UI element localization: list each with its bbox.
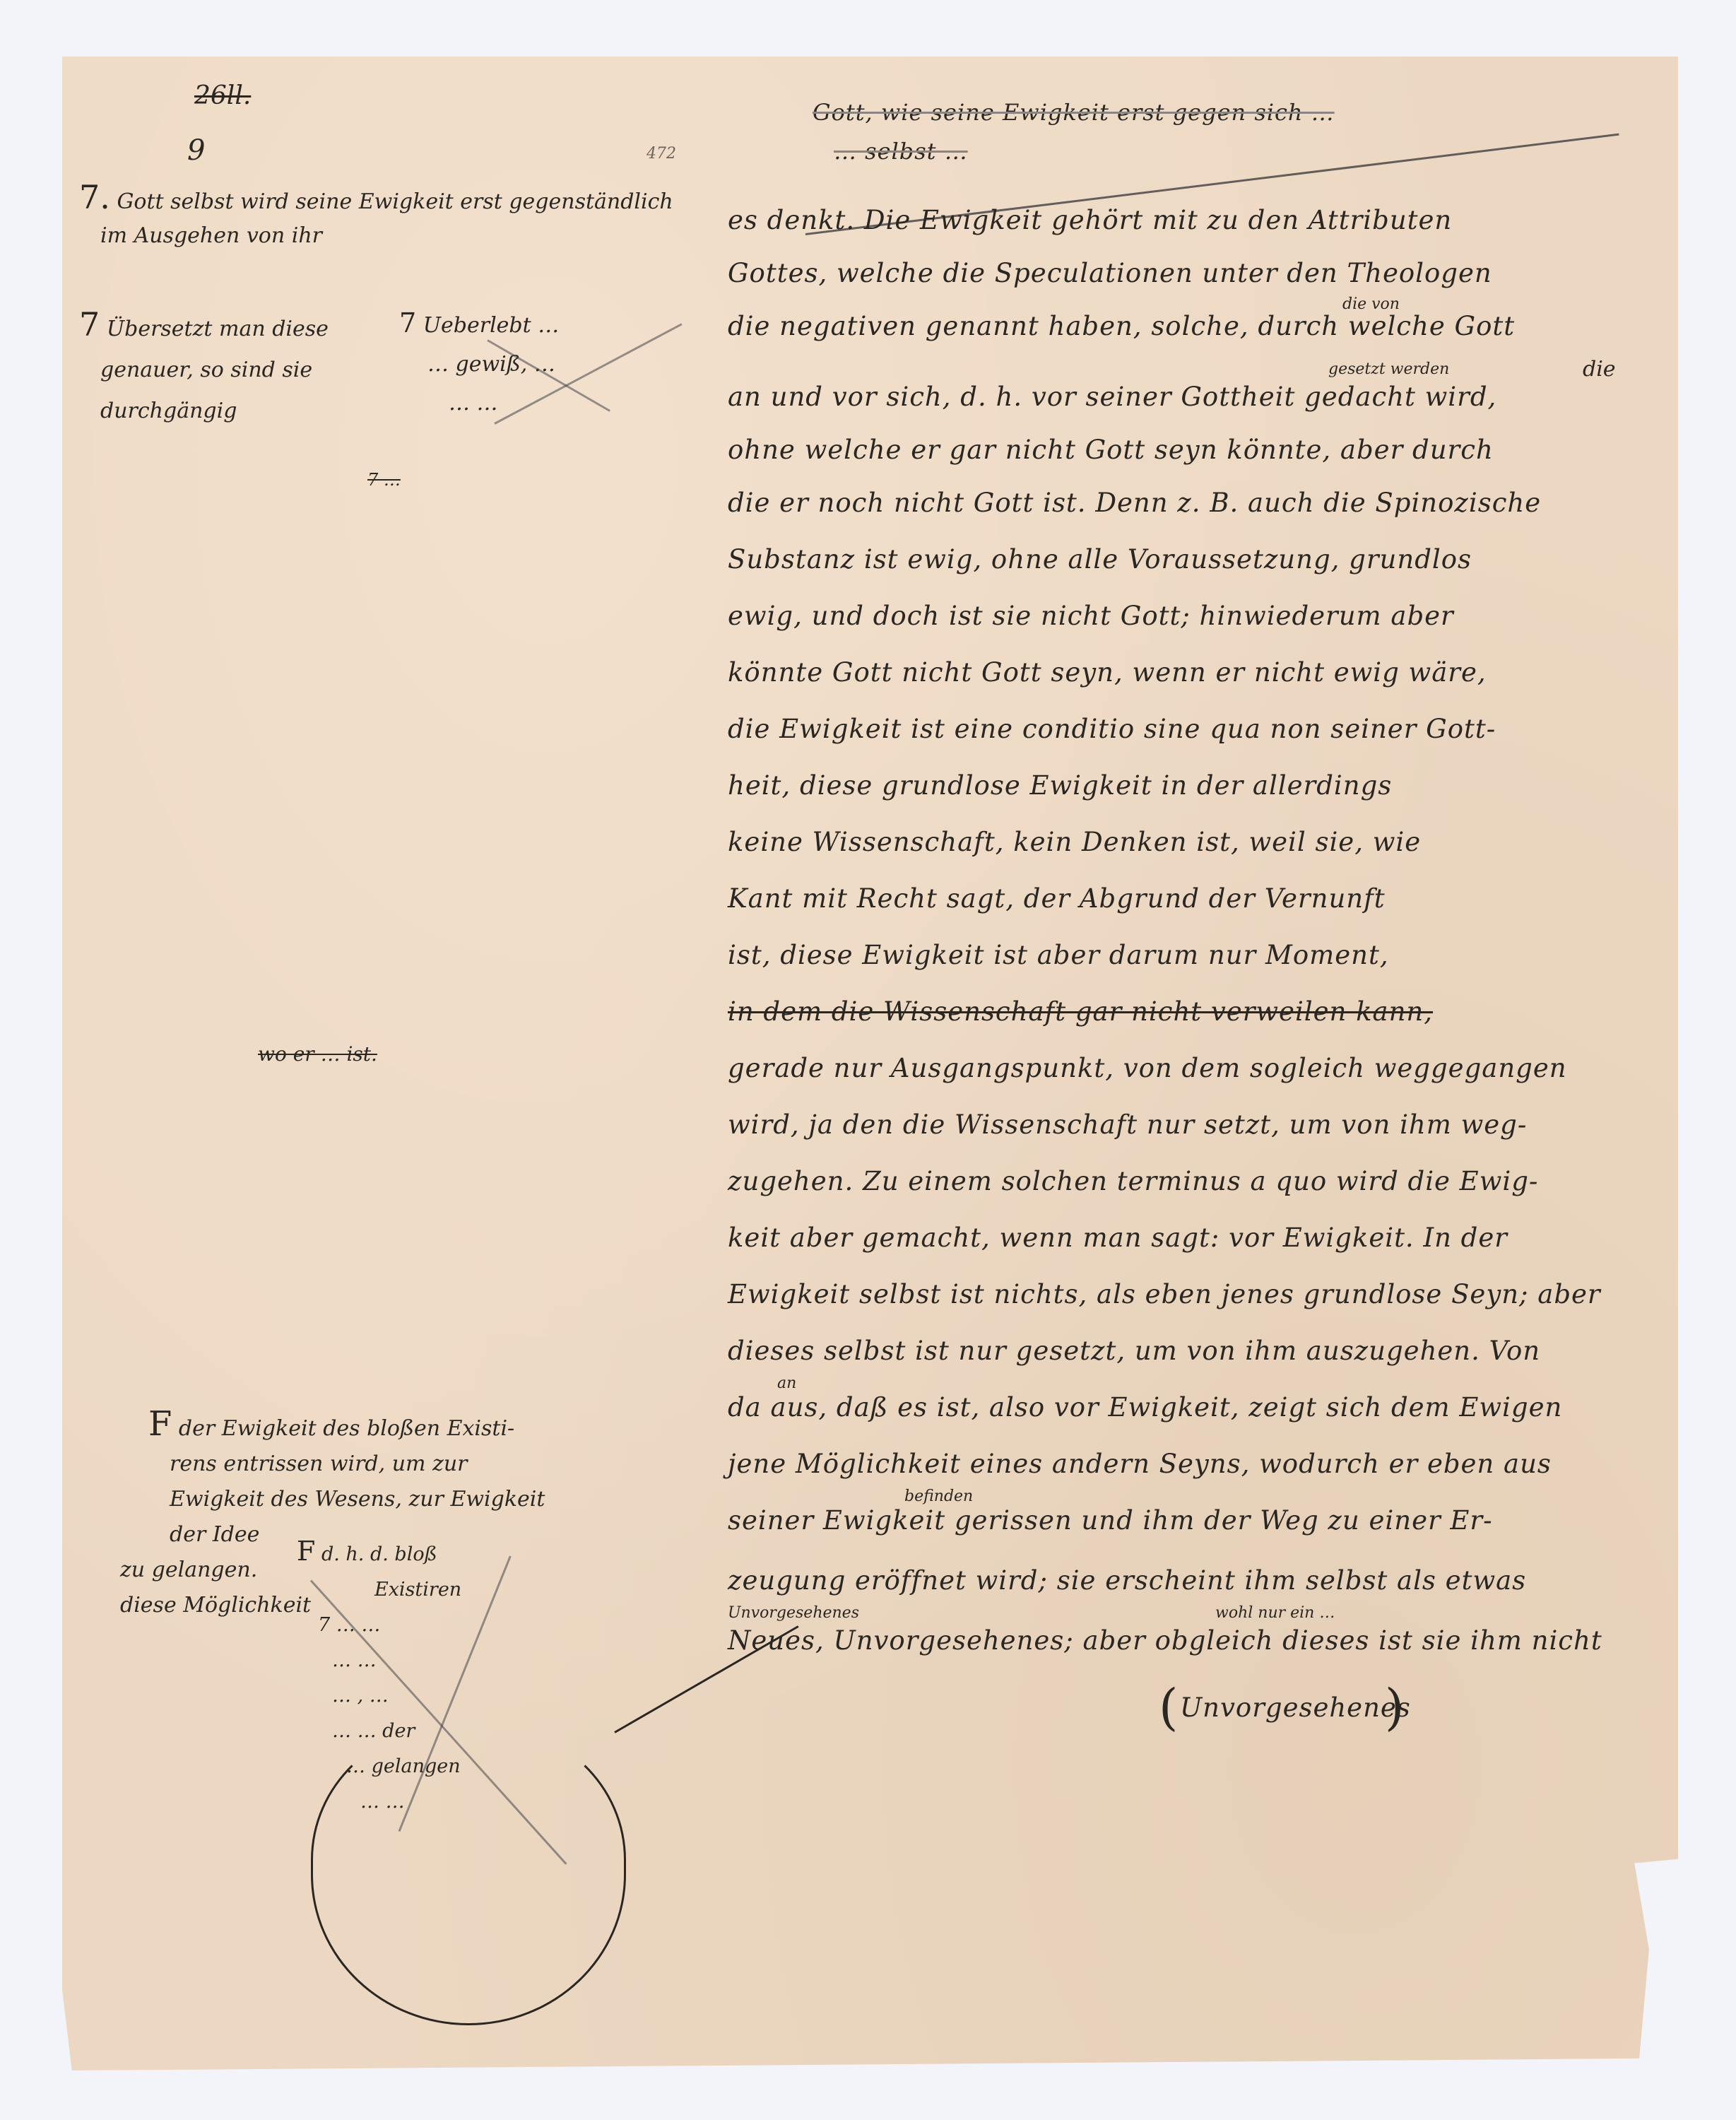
- note-line: zu gelangen.: [120, 1557, 257, 1582]
- note-line: der Ewigkeit des bloßen Existi-: [179, 1416, 514, 1441]
- note-line: durchgängig: [79, 399, 237, 423]
- note-line: diese Möglichkeit: [120, 1593, 311, 1618]
- ink-enclosure-loop: [311, 1724, 626, 2025]
- text-line: die negativen genannt haben, solche, dur…: [728, 311, 1515, 341]
- margin-note-3-struck: 7 Ueberlebt … … gewiß, … … …: [399, 304, 559, 423]
- folio-number: 9: [187, 134, 205, 167]
- note-mark: 7: [399, 307, 416, 338]
- note-mark: 7.: [79, 178, 110, 216]
- bracketed-insert: Unvorgesehenes: [1180, 1692, 1411, 1723]
- bracket-right: ): [1385, 1678, 1404, 1736]
- text-line: ewig, und doch ist sie nicht Gott; hinwi…: [728, 601, 1454, 631]
- text-line: dieses selbst ist nur gesetzt, um von ih…: [728, 1336, 1540, 1366]
- main-heading-struck: Gott, wie seine Ewigkeit erst gegen sich…: [813, 99, 1335, 126]
- note-line: 7 … …: [297, 1614, 380, 1636]
- note-line: d. h. d. bloß: [321, 1543, 437, 1565]
- text-line: gerade nur Ausgangspunkt, von dem soglei…: [728, 1053, 1567, 1083]
- text-line: die Ewigkeit ist eine conditio sine qua …: [728, 714, 1496, 744]
- interlinear-insert: gesetzt werden: [1328, 360, 1449, 378]
- archive-number: 472: [646, 145, 676, 163]
- old-folio-number: 26ll.: [194, 81, 251, 110]
- main-heading-struck: … selbst …: [834, 138, 968, 165]
- bracket-left: (: [1159, 1678, 1178, 1736]
- note-line: Ewigkeit des Wesens, zur Ewigkeit: [148, 1487, 545, 1512]
- interlinear-insert: befinden: [904, 1488, 973, 1505]
- note-line: im Ausgehen von ihr: [79, 223, 322, 248]
- note-line: rens entrissen wird, um zur: [148, 1451, 467, 1476]
- note-line: … …: [399, 391, 498, 416]
- note-line: Existiren: [297, 1579, 461, 1601]
- text-line: keine Wissenschaft, kein Denken ist, wei…: [728, 827, 1421, 857]
- text-line: ist, diese Ewigkeit ist aber darum nur M…: [728, 940, 1389, 970]
- note-line: genauer, so sind sie: [79, 358, 312, 382]
- text-line: an und vor sich, d. h. vor seiner Gotthe…: [728, 382, 1496, 412]
- note-mark: F: [148, 1404, 172, 1444]
- text-line: es denkt. Die Ewigkeit gehört mit zu den…: [728, 205, 1452, 235]
- text-line: jene Möglichkeit eines andern Seyns, wod…: [728, 1449, 1552, 1479]
- text-line: Ewigkeit selbst ist nichts, als eben jen…: [728, 1279, 1601, 1309]
- text-line: heit, diese grundlose Ewigkeit in der al…: [728, 770, 1392, 801]
- note-mark: 7: [79, 305, 100, 343]
- margin-note-4-struck: 7 …: [367, 470, 401, 490]
- margin-note-5-struck: wo er … ist.: [258, 1042, 377, 1066]
- note-line: … …: [297, 1649, 377, 1671]
- text-line: seiner Ewigkeit gerissen und ihm der Weg…: [728, 1505, 1493, 1536]
- interlinear-insert: die: [1583, 357, 1616, 382]
- note-line: der Idee: [148, 1522, 259, 1547]
- text-line-struck: in dem die Wissenschaft gar nicht verwei…: [728, 996, 1433, 1027]
- text-line: Substanz ist ewig, ohne alle Voraussetzu…: [728, 544, 1472, 575]
- text-line: Gottes, welche die Speculationen unter d…: [728, 258, 1492, 288]
- margin-note-2: 7 Übersetzt man diese genauer, so sind s…: [79, 304, 329, 432]
- note-line: Übersetzt man diese: [107, 317, 329, 341]
- note-mark: F: [297, 1536, 315, 1567]
- text-line: Neues, Unvorgesehenes; aber obgleich die…: [728, 1625, 1602, 1656]
- interlinear-insert: an: [777, 1374, 796, 1392]
- text-line: keit aber gemacht, wenn man sagt: vor Ew…: [728, 1223, 1508, 1253]
- interlinear-insert: wohl nur ein …: [1215, 1604, 1335, 1622]
- text-line: wird, ja den die Wissenschaft nur setzt,…: [728, 1109, 1527, 1140]
- note-line: Gott selbst wird seine Ewigkeit erst geg…: [117, 189, 673, 214]
- margin-note-1: 7. Gott selbst wird seine Ewigkeit erst …: [79, 180, 673, 253]
- text-line: könnte Gott nicht Gott seyn, wenn er nic…: [728, 657, 1487, 688]
- text-line: da aus, daß es ist, also vor Ewigkeit, z…: [728, 1392, 1562, 1423]
- text-line: die er noch nicht Gott ist. Denn z. B. a…: [728, 488, 1541, 518]
- text-line: zeugung eröffnet wird; sie erscheint ihm…: [728, 1565, 1526, 1596]
- interlinear-insert: Unvorgesehenes: [728, 1604, 859, 1622]
- text-line: zugehen. Zu einem solchen terminus a quo…: [728, 1166, 1538, 1196]
- text-line: Kant mit Recht sagt, der Abgrund der Ver…: [728, 883, 1386, 914]
- note-line: … , …: [297, 1685, 389, 1707]
- note-line: Ueberlebt …: [423, 313, 559, 338]
- text-line: ohne welche er gar nicht Gott seyn könnt…: [728, 435, 1494, 465]
